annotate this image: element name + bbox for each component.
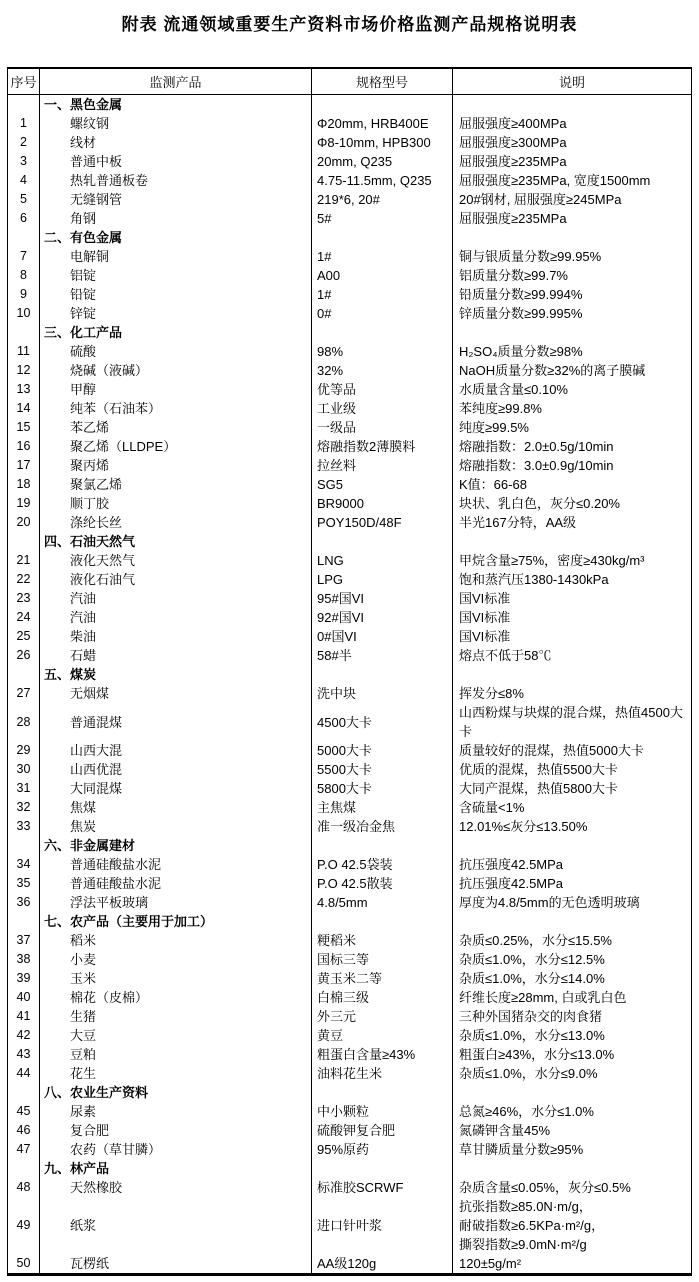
row-spec: 95%原药 <box>312 1140 453 1159</box>
row-index: 13 <box>8 380 40 399</box>
row-product: 农药（草甘膦） <box>40 1140 312 1159</box>
row-spec: LNG <box>312 551 453 570</box>
row-spec <box>312 228 453 247</box>
row-desc: 国VI标准 <box>453 589 692 608</box>
row-product: 一、黑色金属 <box>40 95 312 115</box>
row-product: 无烟煤 <box>40 684 312 703</box>
table-row: 31 大同混煤 5800大卡 大同产混煤，热值5800大卡 <box>8 779 692 798</box>
row-index <box>8 836 40 855</box>
table-row: 34 普通硅酸盐水泥 P.O 42.5袋装 抗压强度42.5MPa <box>8 855 692 874</box>
row-desc: 铅质量分数≥99.994% <box>453 285 692 304</box>
row-index <box>8 323 40 342</box>
row-product: 普通硅酸盐水泥 <box>40 874 312 893</box>
row-desc: 总氮≥46%，水分≤1.0% <box>453 1102 692 1121</box>
row-index: 41 <box>8 1007 40 1026</box>
row-spec <box>312 1083 453 1102</box>
row-index: 26 <box>8 646 40 665</box>
row-spec: 拉丝料 <box>312 456 453 475</box>
row-spec: LPG <box>312 570 453 589</box>
row-index: 40 <box>8 988 40 1007</box>
row-index: 46 <box>8 1121 40 1140</box>
table-row: 25 柴油 0#国VI 国VI标准 <box>8 627 692 646</box>
row-index: 49 <box>8 1197 40 1254</box>
row-spec: AA级120g <box>312 1254 453 1275</box>
row-spec: 中小颗粒 <box>312 1102 453 1121</box>
row-spec: 4.8/5mm <box>312 893 453 912</box>
row-index: 21 <box>8 551 40 570</box>
row-spec: 20mm, Q235 <box>312 152 453 171</box>
row-index: 7 <box>8 247 40 266</box>
table-row: 8 铝锭 A00 铝质量分数≥99.7% <box>8 266 692 285</box>
row-desc: NaOH质量分数≥32%的离子膜碱 <box>453 361 692 380</box>
row-desc: 含硫量<1% <box>453 798 692 817</box>
table-row: 19 顺丁胶 BR9000 块状、乳白色，灰分≤0.20% <box>8 494 692 513</box>
row-spec: 标准胶SCRWF <box>312 1178 453 1197</box>
row-product: 棉花（皮棉） <box>40 988 312 1007</box>
table-row: 12 烧碱（液碱） 32% NaOH质量分数≥32%的离子膜碱 <box>8 361 692 380</box>
row-desc: 三种外国猪杂交的肉食猪 <box>453 1007 692 1026</box>
row-spec: 5000大卡 <box>312 741 453 760</box>
row-product: 瓦楞纸 <box>40 1254 312 1275</box>
row-spec: 洗中块 <box>312 684 453 703</box>
row-desc <box>453 836 692 855</box>
row-spec <box>312 323 453 342</box>
row-desc: 杂质≤1.0%，水分≤13.0% <box>453 1026 692 1045</box>
table-row: 五、煤炭 <box>8 665 692 684</box>
row-spec: P.O 42.5散装 <box>312 874 453 893</box>
row-spec: 国标三等 <box>312 950 453 969</box>
row-product: 焦煤 <box>40 798 312 817</box>
row-desc: 杂质≤1.0%，水分≤12.5% <box>453 950 692 969</box>
row-product: 九、林产品 <box>40 1159 312 1178</box>
table-row: 45 尿素 中小颗粒 总氮≥46%，水分≤1.0% <box>8 1102 692 1121</box>
row-product: 纯苯（石油苯） <box>40 399 312 418</box>
row-product: 生猪 <box>40 1007 312 1026</box>
row-spec <box>312 95 453 115</box>
row-spec: 219*6, 20# <box>312 190 453 209</box>
row-desc: 铝质量分数≥99.7% <box>453 266 692 285</box>
row-index <box>8 665 40 684</box>
row-desc: 甲烷含量≥75%，密度≥430kg/m³ <box>453 551 692 570</box>
row-index: 2 <box>8 133 40 152</box>
table-row: 26 石蜡 58#半 熔点不低于58℃ <box>8 646 692 665</box>
row-index: 1 <box>8 114 40 133</box>
table-row: 一、黑色金属 <box>8 95 692 115</box>
row-product: 山西大混 <box>40 741 312 760</box>
row-desc: 苯纯度≥99.8% <box>453 399 692 418</box>
table-row: 35 普通硅酸盐水泥 P.O 42.5散装 抗压强度42.5MPa <box>8 874 692 893</box>
row-product: 天然橡胶 <box>40 1178 312 1197</box>
row-desc: 粗蛋白≥43%，水分≤13.0% <box>453 1045 692 1064</box>
row-spec: BR9000 <box>312 494 453 513</box>
row-index: 8 <box>8 266 40 285</box>
row-index <box>8 1083 40 1102</box>
row-desc: 抗压强度42.5MPa <box>453 874 692 893</box>
table-row: 38 小麦 国标三等 杂质≤1.0%，水分≤12.5% <box>8 950 692 969</box>
row-index: 15 <box>8 418 40 437</box>
row-index: 42 <box>8 1026 40 1045</box>
row-spec: 主焦煤 <box>312 798 453 817</box>
row-desc: 纤维长度≥28mm, 白或乳白色 <box>453 988 692 1007</box>
row-spec: 5800大卡 <box>312 779 453 798</box>
table-row: 33 焦炭 准一级冶金焦 12.01%≤灰分≤13.50% <box>8 817 692 836</box>
row-index: 29 <box>8 741 40 760</box>
row-desc: 熔融指数：2.0±0.5g/10min <box>453 437 692 456</box>
row-desc: 氮磷钾含量45% <box>453 1121 692 1140</box>
row-product: 三、化工产品 <box>40 323 312 342</box>
table-row: 7 电解铜 1# 铜与银质量分数≥99.95% <box>8 247 692 266</box>
row-desc: 纯度≥99.5% <box>453 418 692 437</box>
row-desc: 屈服强度≥400MPa <box>453 114 692 133</box>
row-product: 甲醇 <box>40 380 312 399</box>
row-product: 八、农业生产资料 <box>40 1083 312 1102</box>
header-spec: 规格型号 <box>312 68 453 95</box>
row-spec <box>312 665 453 684</box>
row-spec: 粗蛋白含量≥43% <box>312 1045 453 1064</box>
row-spec <box>312 1159 453 1178</box>
table-row: 15 苯乙烯 一级品 纯度≥99.5% <box>8 418 692 437</box>
row-desc: 挥发分≤8% <box>453 684 692 703</box>
row-index: 27 <box>8 684 40 703</box>
row-desc: 屈服强度≥235MPa, 宽度1500mm <box>453 171 692 190</box>
row-product: 顺丁胶 <box>40 494 312 513</box>
row-product: 烧碱（液碱） <box>40 361 312 380</box>
row-index: 4 <box>8 171 40 190</box>
row-spec: 95#国VI <box>312 589 453 608</box>
row-spec: 粳稻米 <box>312 931 453 950</box>
row-desc: 杂质≤0.25%，水分≤15.5% <box>453 931 692 950</box>
row-index <box>8 228 40 247</box>
row-product: 复合肥 <box>40 1121 312 1140</box>
row-index: 20 <box>8 513 40 532</box>
row-index: 22 <box>8 570 40 589</box>
row-desc <box>453 912 692 931</box>
row-desc: 块状、乳白色，灰分≤0.20% <box>453 494 692 513</box>
table-row: 41 生猪 外三元 三种外国猪杂交的肉食猪 <box>8 1007 692 1026</box>
row-product: 大同混煤 <box>40 779 312 798</box>
row-product: 铝锭 <box>40 266 312 285</box>
row-desc: 大同产混煤，热值5800大卡 <box>453 779 692 798</box>
row-spec: 准一级冶金焦 <box>312 817 453 836</box>
row-index: 31 <box>8 779 40 798</box>
table-row: 1 螺纹钢 Φ20mm, HRB400E 屈服强度≥400MPa <box>8 114 692 133</box>
row-index: 30 <box>8 760 40 779</box>
table-row: 39 玉米 黄玉米二等 杂质≤1.0%，水分≤14.0% <box>8 969 692 988</box>
row-product: 无缝钢管 <box>40 190 312 209</box>
row-spec: 92#国VI <box>312 608 453 627</box>
row-desc: 国VI标准 <box>453 608 692 627</box>
row-index: 19 <box>8 494 40 513</box>
row-spec <box>312 836 453 855</box>
table-row: 6 角钢 5# 屈服强度≥235MPa <box>8 209 692 228</box>
row-spec: 1# <box>312 247 453 266</box>
row-spec: A00 <box>312 266 453 285</box>
table-row: 42 大豆 黄豆 杂质≤1.0%，水分≤13.0% <box>8 1026 692 1045</box>
row-desc: 质量较好的混煤，热值5000大卡 <box>453 741 692 760</box>
table-row: 36 浮法平板玻璃 4.8/5mm 厚度为4.8/5mm的无色透明玻璃 <box>8 893 692 912</box>
row-index: 24 <box>8 608 40 627</box>
row-spec: 熔融指数2薄膜料 <box>312 437 453 456</box>
row-spec: Φ8-10mm, HPB300 <box>312 133 453 152</box>
row-index: 12 <box>8 361 40 380</box>
row-desc: 锌质量分数≥99.995% <box>453 304 692 323</box>
table-row: 10 锌锭 0# 锌质量分数≥99.995% <box>8 304 692 323</box>
row-spec: 工业级 <box>312 399 453 418</box>
row-product: 热轧普通板卷 <box>40 171 312 190</box>
row-desc: 熔点不低于58℃ <box>453 646 692 665</box>
row-desc: 12.01%≤灰分≤13.50% <box>453 817 692 836</box>
row-spec: P.O 42.5袋装 <box>312 855 453 874</box>
row-spec: 优等品 <box>312 380 453 399</box>
row-index: 10 <box>8 304 40 323</box>
table-row: 29 山西大混 5000大卡 质量较好的混煤，热值5000大卡 <box>8 741 692 760</box>
row-spec: 98% <box>312 342 453 361</box>
table-row: 9 铅锭 1# 铅质量分数≥99.994% <box>8 285 692 304</box>
row-product: 聚氯乙烯 <box>40 475 312 494</box>
row-desc: 熔融指数：3.0±0.9g/10min <box>453 456 692 475</box>
row-spec: Φ20mm, HRB400E <box>312 114 453 133</box>
row-desc: 杂质≤1.0%，水分≤9.0% <box>453 1064 692 1083</box>
table-row: 3 普通中板 20mm, Q235 屈服强度≥235MPa <box>8 152 692 171</box>
table-row: 九、林产品 <box>8 1159 692 1178</box>
row-desc: 杂质含量≤0.05%，灰分≤0.5% <box>453 1178 692 1197</box>
row-product: 普通中板 <box>40 152 312 171</box>
row-desc: 120±5g/m² <box>453 1254 692 1275</box>
row-spec: 黄玉米二等 <box>312 969 453 988</box>
table-row: 20 涤纶长丝 POY150D/48F 半光167分特，AA级 <box>8 513 692 532</box>
row-product: 稻米 <box>40 931 312 950</box>
table-row: 40 棉花（皮棉） 白棉三级 纤维长度≥28mm, 白或乳白色 <box>8 988 692 1007</box>
row-spec <box>312 912 453 931</box>
row-desc: 水质量含量≤0.10% <box>453 380 692 399</box>
row-desc: K值：66-68 <box>453 475 692 494</box>
row-desc: 厚度为4.8/5mm的无色透明玻璃 <box>453 893 692 912</box>
table-row: 32 焦煤 主焦煤 含硫量<1% <box>8 798 692 817</box>
row-desc: 优质的混煤，热值5500大卡 <box>453 760 692 779</box>
row-spec: 32% <box>312 361 453 380</box>
table-row: 14 纯苯（石油苯） 工业级 苯纯度≥99.8% <box>8 399 692 418</box>
row-product: 涤纶长丝 <box>40 513 312 532</box>
row-product: 豆粕 <box>40 1045 312 1064</box>
row-index: 37 <box>8 931 40 950</box>
row-product: 锌锭 <box>40 304 312 323</box>
row-spec: 0# <box>312 304 453 323</box>
table-row: 48 天然橡胶 标准胶SCRWF 杂质含量≤0.05%，灰分≤0.5% <box>8 1178 692 1197</box>
row-spec: 白棉三级 <box>312 988 453 1007</box>
row-product: 液化石油气 <box>40 570 312 589</box>
table-row: 5 无缝钢管 219*6, 20# 20#钢材, 屈服强度≥245MPa <box>8 190 692 209</box>
row-product: 石蜡 <box>40 646 312 665</box>
table-row: 18 聚氯乙烯 SG5 K值：66-68 <box>8 475 692 494</box>
row-product: 玉米 <box>40 969 312 988</box>
table-row: 28 普通混煤 4500大卡 山西粉煤与块煤的混合煤，热值4500大卡 <box>8 703 692 741</box>
table-row: 七、农产品（主要用于加工） <box>8 912 692 931</box>
row-index: 6 <box>8 209 40 228</box>
row-spec: 5# <box>312 209 453 228</box>
row-desc <box>453 532 692 551</box>
row-product: 六、非金属建材 <box>40 836 312 855</box>
header-index: 序号 <box>8 68 40 95</box>
table-row: 13 甲醇 优等品 水质量含量≤0.10% <box>8 380 692 399</box>
table-row: 49 纸浆 进口针叶浆 抗张指数≥85.0N·m/g， 耐破指数≥6.5KPa·… <box>8 1197 692 1254</box>
row-spec: 1# <box>312 285 453 304</box>
row-desc <box>453 228 692 247</box>
row-index: 11 <box>8 342 40 361</box>
row-spec: 5500大卡 <box>312 760 453 779</box>
row-product: 浮法平板玻璃 <box>40 893 312 912</box>
row-index: 32 <box>8 798 40 817</box>
row-index: 36 <box>8 893 40 912</box>
table-row: 16 聚乙烯（LLDPE） 熔融指数2薄膜料 熔融指数：2.0±0.5g/10m… <box>8 437 692 456</box>
row-index: 9 <box>8 285 40 304</box>
row-spec: 58#半 <box>312 646 453 665</box>
row-product: 二、有色金属 <box>40 228 312 247</box>
row-index: 5 <box>8 190 40 209</box>
table-row: 47 农药（草甘膦） 95%原药 草甘膦质量分数≥95% <box>8 1140 692 1159</box>
row-desc: 屈服强度≥235MPa <box>453 152 692 171</box>
row-product: 螺纹钢 <box>40 114 312 133</box>
table-row: 30 山西优混 5500大卡 优质的混煤，热值5500大卡 <box>8 760 692 779</box>
table-row: 17 聚丙烯 拉丝料 熔融指数：3.0±0.9g/10min <box>8 456 692 475</box>
row-product: 苯乙烯 <box>40 418 312 437</box>
row-desc: 半光167分特，AA级 <box>453 513 692 532</box>
row-product: 聚丙烯 <box>40 456 312 475</box>
row-index <box>8 95 40 115</box>
row-desc: 屈服强度≥300MPa <box>453 133 692 152</box>
row-index <box>8 912 40 931</box>
row-product: 普通混煤 <box>40 703 312 741</box>
row-desc: 饱和蒸汽压1380-1430kPa <box>453 570 692 589</box>
row-index: 16 <box>8 437 40 456</box>
row-desc: 20#钢材, 屈服强度≥245MPa <box>453 190 692 209</box>
row-desc: 山西粉煤与块煤的混合煤，热值4500大卡 <box>453 703 692 741</box>
row-index <box>8 1159 40 1178</box>
row-product: 柴油 <box>40 627 312 646</box>
table-row: 46 复合肥 硫酸钾复合肥 氮磷钾含量45% <box>8 1121 692 1140</box>
row-index: 34 <box>8 855 40 874</box>
row-index: 25 <box>8 627 40 646</box>
table-row: 2 线材 Φ8-10mm, HPB300 屈服强度≥300MPa <box>8 133 692 152</box>
row-desc: H₂SO₄质量分数≥98% <box>453 342 692 361</box>
row-spec: 进口针叶浆 <box>312 1197 453 1254</box>
row-desc: 屈服强度≥235MPa <box>453 209 692 228</box>
row-index: 18 <box>8 475 40 494</box>
row-spec: 4500大卡 <box>312 703 453 741</box>
row-desc <box>453 323 692 342</box>
row-spec: 外三元 <box>312 1007 453 1026</box>
product-spec-table: 序号 监测产品 规格型号 说明 一、黑色金属 1 螺纹钢 Φ20mm, HRB4… <box>7 67 692 1276</box>
row-index: 44 <box>8 1064 40 1083</box>
row-spec <box>312 532 453 551</box>
row-desc: 杂质≤1.0%，水分≤14.0% <box>453 969 692 988</box>
header-desc: 说明 <box>453 68 692 95</box>
row-product: 液化天然气 <box>40 551 312 570</box>
row-product: 电解铜 <box>40 247 312 266</box>
table-row: 四、石油天然气 <box>8 532 692 551</box>
row-index: 38 <box>8 950 40 969</box>
row-spec: SG5 <box>312 475 453 494</box>
row-spec: 黄豆 <box>312 1026 453 1045</box>
row-desc: 抗压强度42.5MPa <box>453 855 692 874</box>
row-product: 角钢 <box>40 209 312 228</box>
row-index: 39 <box>8 969 40 988</box>
row-spec: 一级品 <box>312 418 453 437</box>
row-product: 聚乙烯（LLDPE） <box>40 437 312 456</box>
table-header-row: 序号 监测产品 规格型号 说明 <box>8 68 692 95</box>
row-index <box>8 532 40 551</box>
table-row: 37 稻米 粳稻米 杂质≤0.25%，水分≤15.5% <box>8 931 692 950</box>
table-row: 22 液化石油气 LPG 饱和蒸汽压1380-1430kPa <box>8 570 692 589</box>
row-product: 七、农产品（主要用于加工） <box>40 912 312 931</box>
page-title: 附表 流通领域重要生产资料市场价格监测产品规格说明表 <box>0 10 699 35</box>
table-row: 三、化工产品 <box>8 323 692 342</box>
row-index: 33 <box>8 817 40 836</box>
row-index: 14 <box>8 399 40 418</box>
row-product: 山西优混 <box>40 760 312 779</box>
row-spec: 油料花生米 <box>312 1064 453 1083</box>
row-desc: 草甘膦质量分数≥95% <box>453 1140 692 1159</box>
row-index: 45 <box>8 1102 40 1121</box>
table-row: 24 汽油 92#国VI 国VI标准 <box>8 608 692 627</box>
row-product: 小麦 <box>40 950 312 969</box>
row-desc <box>453 1083 692 1102</box>
row-product: 花生 <box>40 1064 312 1083</box>
row-product: 四、石油天然气 <box>40 532 312 551</box>
row-index: 28 <box>8 703 40 741</box>
row-desc <box>453 665 692 684</box>
row-product: 汽油 <box>40 589 312 608</box>
row-desc: 国VI标准 <box>453 627 692 646</box>
table-body: 一、黑色金属 1 螺纹钢 Φ20mm, HRB400E 屈服强度≥400MPa … <box>8 95 692 1275</box>
row-product: 尿素 <box>40 1102 312 1121</box>
table-row: 4 热轧普通板卷 4.75-11.5mm, Q235 屈服强度≥235MPa, … <box>8 171 692 190</box>
row-index: 17 <box>8 456 40 475</box>
header-product: 监测产品 <box>40 68 312 95</box>
table-row: 50 瓦楞纸 AA级120g 120±5g/m² <box>8 1254 692 1275</box>
row-desc <box>453 95 692 115</box>
table-row: 二、有色金属 <box>8 228 692 247</box>
row-product: 线材 <box>40 133 312 152</box>
row-index: 23 <box>8 589 40 608</box>
row-product: 五、煤炭 <box>40 665 312 684</box>
table-row: 43 豆粕 粗蛋白含量≥43% 粗蛋白≥43%，水分≤13.0% <box>8 1045 692 1064</box>
row-spec: 硫酸钾复合肥 <box>312 1121 453 1140</box>
row-spec: 0#国VI <box>312 627 453 646</box>
row-index: 43 <box>8 1045 40 1064</box>
row-desc: 铜与银质量分数≥99.95% <box>453 247 692 266</box>
row-spec: 4.75-11.5mm, Q235 <box>312 171 453 190</box>
row-desc: 抗张指数≥85.0N·m/g， 耐破指数≥6.5KPa·m²/g， 撕裂指数≥9… <box>453 1197 692 1254</box>
row-index: 48 <box>8 1178 40 1197</box>
table-row: 44 花生 油料花生米 杂质≤1.0%，水分≤9.0% <box>8 1064 692 1083</box>
table-header: 序号 监测产品 规格型号 说明 <box>8 68 692 95</box>
table-row: 八、农业生产资料 <box>8 1083 692 1102</box>
row-index: 35 <box>8 874 40 893</box>
row-index: 3 <box>8 152 40 171</box>
table-row: 六、非金属建材 <box>8 836 692 855</box>
row-product: 纸浆 <box>40 1197 312 1254</box>
row-desc <box>453 1159 692 1178</box>
row-product: 焦炭 <box>40 817 312 836</box>
row-index: 50 <box>8 1254 40 1275</box>
row-product: 汽油 <box>40 608 312 627</box>
row-product: 硫酸 <box>40 342 312 361</box>
table-row: 23 汽油 95#国VI 国VI标准 <box>8 589 692 608</box>
table-row: 11 硫酸 98% H₂SO₄质量分数≥98% <box>8 342 692 361</box>
row-product: 普通硅酸盐水泥 <box>40 855 312 874</box>
row-index: 47 <box>8 1140 40 1159</box>
table-row: 21 液化天然气 LNG 甲烷含量≥75%，密度≥430kg/m³ <box>8 551 692 570</box>
